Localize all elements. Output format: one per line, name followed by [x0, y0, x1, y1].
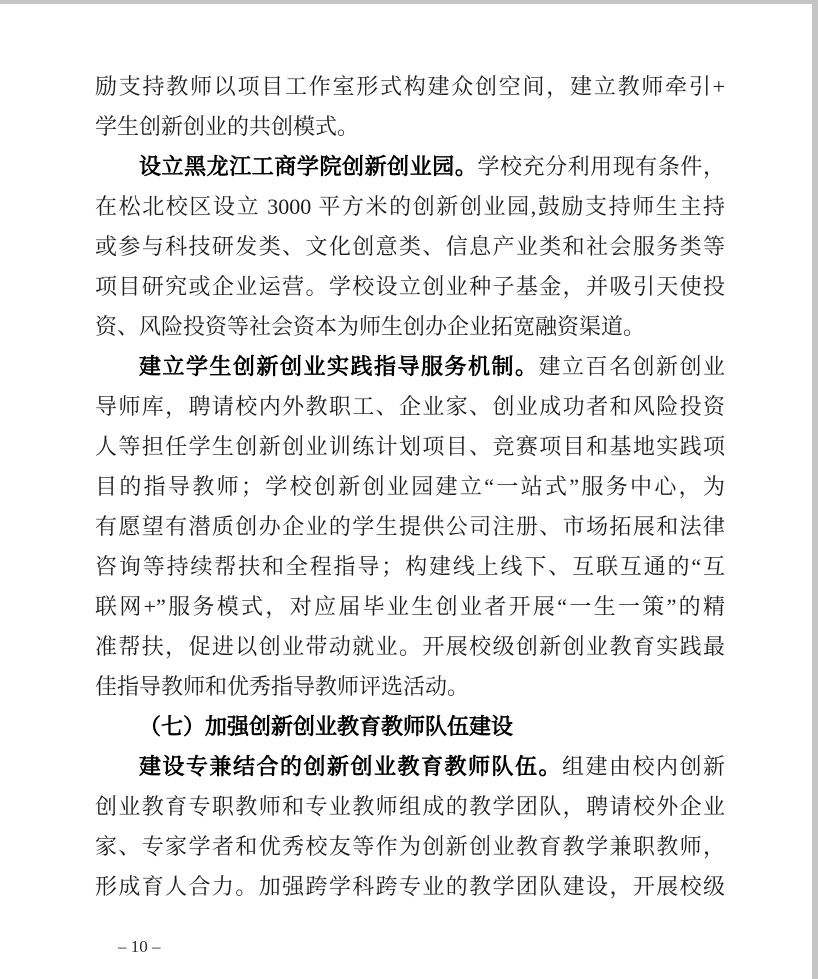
text-segment: 学生创新创业的共创模式。 — [95, 114, 359, 139]
text-line: 准帮扶，促进以创业带动就业。开展校级创新创业教育实践最 — [95, 627, 725, 667]
text-line: 在松北校区设立 3000 平方米的创新创业园,鼓励支持师生主持 — [95, 187, 725, 227]
scan-edge-top — [0, 0, 818, 4]
text-segment: 形成育人合力。加强跨学科跨专业的教学团队建设，开展校级 — [95, 874, 725, 899]
text-segment: 导师库，聘请校内外教职工、企业家、创业成功者和风险投资 — [95, 394, 725, 419]
text-segment: 在松北校区设立 3000 平方米的创新创业园,鼓励支持师生主持 — [95, 194, 725, 219]
text-line: 设立黑龙江工商学院创新创业园。学校充分利用现有条件， — [95, 147, 725, 187]
text-line: 项目研究或企业运营。学校设立创业种子基金，并吸引天使投 — [95, 267, 725, 307]
text-segment: 人等担任学生创新创业训练计划项目、竞赛项目和基地实践项 — [95, 434, 725, 459]
section-heading: （七）加强创新创业教育教师队伍建设 — [95, 707, 725, 747]
text-line: 形成育人合力。加强跨学科跨专业的教学团队建设，开展校级 — [95, 867, 725, 907]
bold-text-segment: （七）加强创新创业教育教师队伍建设 — [139, 714, 513, 739]
text-line: 或参与科技研发类、文化创意类、信息产业类和社会服务类等 — [95, 227, 725, 267]
text-segment: 有愿望有潜质创办企业的学生提供公司注册、市场拓展和法律 — [95, 514, 725, 539]
text-segment: 学校充分利用现有条件， — [477, 154, 725, 179]
text-segment: 项目研究或企业运营。学校设立创业种子基金，并吸引天使投 — [95, 274, 725, 299]
text-line: 咨询等持续帮扶和全程指导；构建线上线下、互联互通的“互 — [95, 547, 725, 587]
text-segment: 目的指导教师；学校创新创业园建立“一站式”服务中心，为 — [95, 474, 725, 499]
text-line: 人等担任学生创新创业训练计划项目、竞赛项目和基地实践项 — [95, 427, 725, 467]
text-line: 导师库，聘请校内外教职工、企业家、创业成功者和风险投资 — [95, 387, 725, 427]
page-number: – 10 – — [118, 937, 161, 957]
text-line: 创业教育专职教师和专业教师组成的教学团队，聘请校外企业 — [95, 787, 725, 827]
text-segment: 建立百名创新创业 — [538, 354, 725, 379]
text-segment: 资、风险投资等社会资本为师生创办企业拓宽融资渠道。 — [95, 314, 645, 339]
document-page: 励支持教师以项目工作室形式构建众创空间，建立教师牵引+学生创新创业的共创模式。设… — [0, 0, 818, 979]
bold-text-segment: 建设专兼结合的创新创业教育教师队伍。 — [139, 754, 562, 779]
text-segment: 励支持教师以项目工作室形式构建众创空间，建立教师牵引+ — [95, 74, 725, 99]
text-segment: 组建由校内创新 — [562, 754, 725, 779]
text-line: 建立学生创新创业实践指导服务机制。建立百名创新创业 — [95, 347, 725, 387]
text-line: 学生创新创业的共创模式。 — [95, 107, 725, 147]
text-line: 目的指导教师；学校创新创业园建立“一站式”服务中心，为 — [95, 467, 725, 507]
bold-text-segment: 设立黑龙江工商学院创新创业园。 — [139, 154, 477, 179]
scan-edge-right — [812, 0, 818, 979]
document-text-block: 励支持教师以项目工作室形式构建众创空间，建立教师牵引+学生创新创业的共创模式。设… — [95, 67, 725, 907]
text-segment: 家、专家学者和优秀校友等作为创新创业教育教学兼职教师， — [95, 834, 725, 859]
bold-text-segment: 建立学生创新创业实践指导服务机制。 — [139, 354, 538, 379]
text-segment: 佳指导教师和优秀指导教师评选活动。 — [95, 674, 469, 699]
text-segment: 准帮扶，促进以创业带动就业。开展校级创新创业教育实践最 — [95, 634, 725, 659]
text-line: 佳指导教师和优秀指导教师评选活动。 — [95, 667, 725, 707]
text-line: 资、风险投资等社会资本为师生创办企业拓宽融资渠道。 — [95, 307, 725, 347]
text-segment: 咨询等持续帮扶和全程指导；构建线上线下、互联互通的“互 — [95, 554, 725, 579]
text-line: 家、专家学者和优秀校友等作为创新创业教育教学兼职教师， — [95, 827, 725, 867]
text-segment: 或参与科技研发类、文化创意类、信息产业类和社会服务类等 — [95, 234, 725, 259]
text-line: 有愿望有潜质创办企业的学生提供公司注册、市场拓展和法律 — [95, 507, 725, 547]
text-segment: 联网+”服务模式，对应届毕业生创业者开展“一生一策”的精 — [95, 594, 725, 619]
text-line: 建设专兼结合的创新创业教育教师队伍。组建由校内创新 — [95, 747, 725, 787]
text-segment: 创业教育专职教师和专业教师组成的教学团队，聘请校外企业 — [95, 794, 725, 819]
text-line: 联网+”服务模式，对应届毕业生创业者开展“一生一策”的精 — [95, 587, 725, 627]
text-line: 励支持教师以项目工作室形式构建众创空间，建立教师牵引+ — [95, 67, 725, 107]
